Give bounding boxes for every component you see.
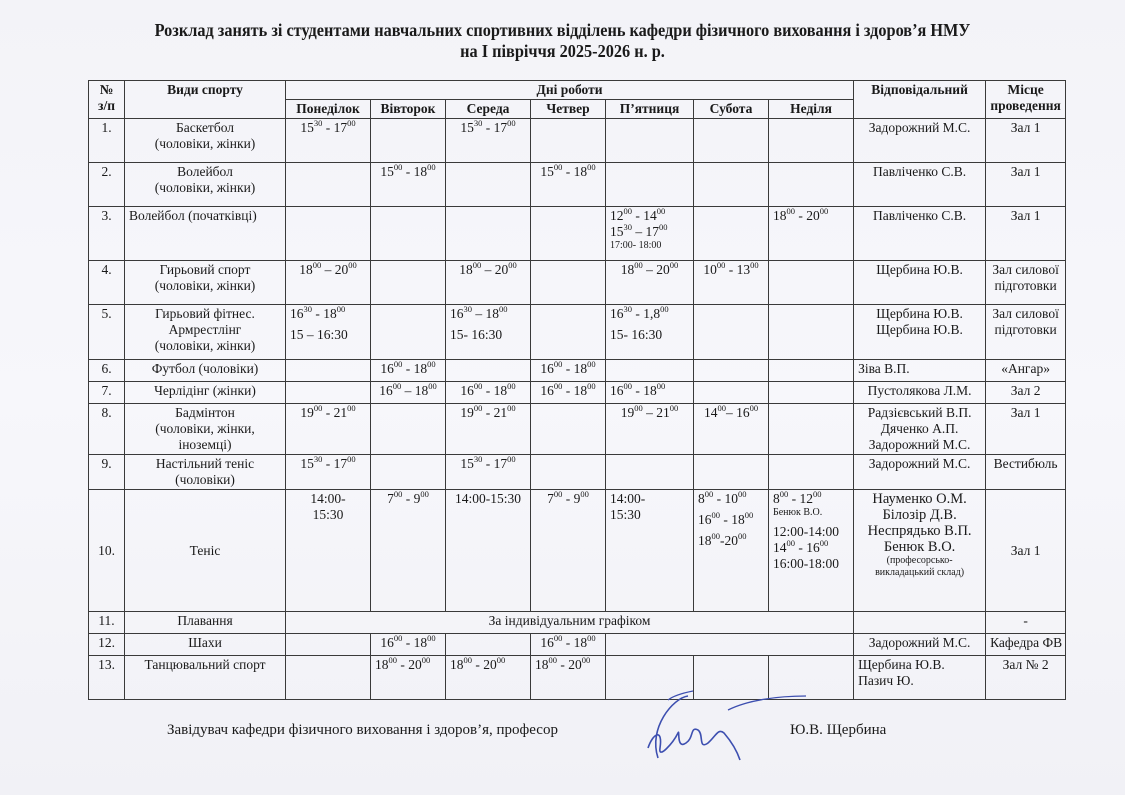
day-cell-fri: 14:00-15:30 — [606, 490, 694, 612]
signature-icon — [628, 688, 808, 768]
day-cell-thu: 1500 - 1800 — [531, 163, 606, 207]
sport-line: Теніс — [129, 543, 281, 559]
day-cell-wed: 1530 - 1700 — [446, 119, 531, 163]
table-row: 1.Баскетбол(чоловіки, жінки)1530 - 17001… — [89, 119, 1066, 163]
sport-name: Теніс — [125, 490, 286, 612]
place-line: Зал силової — [990, 262, 1061, 278]
header-place: Місце проведення — [986, 81, 1066, 119]
day-cell-sat: 1400– 1600 — [694, 404, 769, 455]
table-row: 13.Танцювальний спорт1800 - 20001800 - 2… — [89, 656, 1066, 700]
sport-name: Черлідінг (жінки) — [125, 382, 286, 404]
place-line: Зал 1 — [990, 208, 1061, 224]
responsible-line: Щербина Ю.В. — [858, 322, 981, 338]
row-number: 4. — [89, 261, 125, 305]
day-cell-wed — [446, 360, 531, 382]
table-row: 5.Гирьовий фітнес.Армрестлінг(чоловіки, … — [89, 305, 1066, 360]
day-cell-fri: 1200 - 14001530 – 170017:00- 18:00 — [606, 207, 694, 261]
day-cell-fri-sun — [606, 634, 854, 656]
day-cell-thu — [531, 455, 606, 490]
place-line: Зал 2 — [990, 383, 1061, 399]
header-days-group: Дні роботи — [286, 81, 854, 100]
responsible-person: Задорожний М.С. — [854, 119, 986, 163]
sport-name: Гирьовий спорт(чоловіки, жінки) — [125, 261, 286, 305]
responsible-line: Павліченко С.В. — [858, 164, 981, 180]
time-slot: 1600 - 1800 — [610, 383, 689, 399]
place-line: Зал № 2 — [990, 657, 1061, 673]
place-line: - — [990, 613, 1061, 629]
sport-line: Шахи — [129, 635, 281, 651]
day-cell-mon: 1900 - 2100 — [286, 404, 371, 455]
sport-line: Настільний теніс — [129, 456, 281, 472]
sport-line: Волейбол — [129, 164, 281, 180]
sport-line: Плавання — [129, 613, 281, 629]
header-number-line1: № — [93, 82, 120, 98]
header-day: Вівторок — [371, 100, 446, 119]
document-title: Розклад занять зі студентами навчальних … — [39, 20, 1085, 62]
day-cell-sun — [769, 382, 854, 404]
place: Зал силовоїпідготовки — [986, 305, 1066, 360]
time-slot: 1530 – 1700 — [610, 224, 689, 240]
sport-name: Гирьовий фітнес.Армрестлінг(чоловіки, жі… — [125, 305, 286, 360]
day-cell-fri: 1630 - 1,80015- 16:30 — [606, 305, 694, 360]
header-day: П’ятниця — [606, 100, 694, 119]
day-cell-sat — [694, 163, 769, 207]
time-slot: 1500 - 1800 — [375, 164, 441, 180]
day-cell-tue — [371, 207, 446, 261]
day-cell-wed: 1630 – 180015- 16:30 — [446, 305, 531, 360]
responsible-line: Пазич Ю. — [858, 673, 981, 689]
day-cell-tue: 1800 - 2000 — [371, 656, 446, 700]
day-cell-tue — [371, 305, 446, 360]
day-cell-sun — [769, 455, 854, 490]
day-cell-tue: 1600 - 1800 — [371, 360, 446, 382]
time-slot: 800 - 1200 — [773, 491, 849, 507]
responsible-person: Павліченко С.В. — [854, 163, 986, 207]
place: Зал 1 — [986, 404, 1066, 455]
day-cell-sun: 1800 - 2000 — [769, 207, 854, 261]
sport-line: Футбол (чоловіки) — [129, 361, 281, 377]
sport-line: Черлідінг (жінки) — [129, 383, 281, 399]
responsible-person: Задорожний М.С. — [854, 634, 986, 656]
responsible-person: Павліченко С.В. — [854, 207, 986, 261]
day-cell-fri — [606, 455, 694, 490]
row-number: 7. — [89, 382, 125, 404]
day-cell-thu — [531, 404, 606, 455]
place: «Ангар» — [986, 360, 1066, 382]
place: Кафедра ФВ — [986, 634, 1066, 656]
place-line: підготовки — [990, 322, 1061, 338]
day-cell-mon: 1630 - 180015 – 16:30 — [286, 305, 371, 360]
table-row: 6.Футбол (чоловіки)1600 - 18001600 - 180… — [89, 360, 1066, 382]
day-cell-sat — [694, 455, 769, 490]
sport-line: (чоловіки, жінки, — [129, 421, 281, 437]
time-slot: 1800 - 2000 — [773, 208, 849, 224]
day-cell-sun — [769, 360, 854, 382]
sport-line: Гирьовий спорт — [129, 262, 281, 278]
day-cell-mon — [286, 207, 371, 261]
sport-line: (чоловіки) — [129, 472, 281, 488]
place: Зал № 2 — [986, 656, 1066, 700]
header-place-line1: Місце — [990, 82, 1061, 98]
place-line: «Ангар» — [990, 361, 1061, 377]
responsible-line: викладацький склад) — [858, 567, 981, 579]
day-cell-thu: 1600 - 1800 — [531, 360, 606, 382]
time-slot: 15:30 — [290, 507, 366, 523]
day-cell-thu — [531, 207, 606, 261]
time-slot: 15- 16:30 — [450, 327, 526, 343]
time-slot: 700 - 900 — [535, 491, 601, 507]
time-slot: 1630 – 1800 — [450, 306, 526, 322]
place-line: Зал 1 — [990, 543, 1061, 559]
time-slot: 1000 - 1300 — [698, 262, 764, 278]
day-cell-fri: 1900 – 2100 — [606, 404, 694, 455]
sport-line: Гирьовий фітнес. — [129, 306, 281, 322]
header-place-line2: проведення — [990, 98, 1061, 114]
day-cell-sat — [694, 382, 769, 404]
time-slot: 1630 - 1,800 — [610, 306, 689, 322]
place: Зал 1 — [986, 207, 1066, 261]
header-day: Четвер — [531, 100, 606, 119]
responsible-line: Задорожний М.С. — [858, 635, 981, 651]
responsible-person: Науменко О.М.Білозір Д.В.Неспрядько В.П.… — [854, 490, 986, 612]
place-line: Зал 1 — [990, 405, 1061, 421]
time-slot: 1600 - 1800 — [698, 512, 764, 528]
responsible-person: Задорожний М.С. — [854, 455, 986, 490]
responsible-person: Щербина Ю.В.Щербина Ю.В. — [854, 305, 986, 360]
row-number: 9. — [89, 455, 125, 490]
day-cell-thu — [531, 261, 606, 305]
row-number: 11. — [89, 612, 125, 634]
schedule-table: № з/п Види спорту Дні роботи Відповідаль… — [88, 80, 1066, 700]
place: Вестибюль — [986, 455, 1066, 490]
row-number: 2. — [89, 163, 125, 207]
time-slot: 1600 - 1800 — [535, 361, 601, 377]
sport-name: Танцювальний спорт — [125, 656, 286, 700]
header-number: № з/п — [89, 81, 125, 119]
day-cell-tue — [371, 404, 446, 455]
day-cell-mon: 14:00-15:30 — [286, 490, 371, 612]
day-cell-wed: 1800 - 2000 — [446, 656, 531, 700]
day-cell-sun — [769, 261, 854, 305]
row-number: 10. — [89, 490, 125, 612]
table-row: 8.Бадмінтон(чоловіки, жінки,іноземці)190… — [89, 404, 1066, 455]
time-slot: 1600 - 1800 — [450, 383, 526, 399]
day-cell-sat — [694, 207, 769, 261]
time-slot: 1800-2000 — [698, 533, 764, 549]
table-row: 12.Шахи1600 - 18001600 - 1800Задорожний … — [89, 634, 1066, 656]
footer-position: Завідувач кафедри фізичного виховання і … — [167, 722, 558, 739]
time-slot: 1800 - 2000 — [375, 657, 441, 673]
sport-line: (чоловіки, жінки) — [129, 278, 281, 294]
day-cell-tue: 700 - 900 — [371, 490, 446, 612]
sport-line: іноземці) — [129, 437, 281, 453]
place: - — [986, 612, 1066, 634]
time-slot: 1800 – 2000 — [290, 262, 366, 278]
day-cell-wed: 14:00-15:30 — [446, 490, 531, 612]
sport-line: (чоловіки, жінки) — [129, 180, 281, 196]
time-slot: 700 - 900 — [375, 491, 441, 507]
time-slot: 1800 - 2000 — [450, 657, 526, 673]
place-line: Кафедра ФВ — [990, 635, 1061, 651]
day-cell-sun: 800 - 1200Бенюк В.О.12:00-14:001400 - 16… — [769, 490, 854, 612]
sport-name: Футбол (чоловіки) — [125, 360, 286, 382]
row-number: 5. — [89, 305, 125, 360]
time-slot: 1800 – 2000 — [610, 262, 689, 278]
day-cell-wed: 1530 - 1700 — [446, 455, 531, 490]
day-cell-sat — [694, 119, 769, 163]
day-cell-wed: 1600 - 1800 — [446, 382, 531, 404]
responsible-line: Задорожний М.С. — [858, 120, 981, 136]
row-number: 6. — [89, 360, 125, 382]
time-slot: 16:00-18:00 — [773, 556, 849, 572]
time-slot: 1530 - 1700 — [450, 456, 526, 472]
time-slot: 12:00-14:00 — [773, 524, 849, 540]
day-cell-sun — [769, 119, 854, 163]
day-cell-sun — [769, 163, 854, 207]
responsible-line: Білозір Д.В. — [858, 507, 981, 523]
place: Зал 1 — [986, 119, 1066, 163]
row-number: 1. — [89, 119, 125, 163]
row-number: 8. — [89, 404, 125, 455]
day-cell-tue — [371, 261, 446, 305]
responsible-line: Задорожний М.С. — [858, 437, 981, 453]
day-cell-sat: 800 - 10001600 - 18001800-2000 — [694, 490, 769, 612]
day-cell-tue — [371, 455, 446, 490]
table-row: 9.Настільний теніс(чоловіки)1530 - 17001… — [89, 455, 1066, 490]
day-cell-wed — [446, 207, 531, 261]
time-slot: 1200 - 1400 — [610, 208, 689, 224]
time-slot: Бенюк В.О. — [773, 507, 849, 519]
day-cell-mon: 1530 - 1700 — [286, 119, 371, 163]
time-slot: 1900 - 2100 — [290, 405, 366, 421]
day-cell-thu: 700 - 900 — [531, 490, 606, 612]
table-row: 11.ПлаванняЗа індивідуальним графіком- — [89, 612, 1066, 634]
place-line: підготовки — [990, 278, 1061, 294]
merged-days-cell: За індивідуальним графіком — [286, 612, 854, 634]
day-cell-mon — [286, 656, 371, 700]
sport-name: Плавання — [125, 612, 286, 634]
time-slot: 800 - 1000 — [698, 491, 764, 507]
row-number: 13. — [89, 656, 125, 700]
header-day: Неділя — [769, 100, 854, 119]
row-number: 12. — [89, 634, 125, 656]
responsible-line: Зіва В.П. — [858, 361, 981, 377]
time-slot: 14:00- — [610, 491, 689, 507]
day-cell-thu — [531, 119, 606, 163]
day-cell-wed: 1900 - 2100 — [446, 404, 531, 455]
place: Зал 1 — [986, 163, 1066, 207]
day-cell-mon — [286, 382, 371, 404]
sport-line: Баскетбол — [129, 120, 281, 136]
responsible-person: Зіва В.П. — [854, 360, 986, 382]
day-cell-wed — [446, 634, 531, 656]
responsible-line: Щербина Ю.В. — [858, 657, 981, 673]
responsible-line: Пустолякова Л.М. — [858, 383, 981, 399]
day-cell-fri: 1600 - 1800 — [606, 382, 694, 404]
responsible-line: Павліченко С.В. — [858, 208, 981, 224]
place-line: Зал 1 — [990, 164, 1061, 180]
time-slot: 14:00-15:30 — [450, 491, 526, 507]
time-slot: 1500 - 1800 — [535, 164, 601, 180]
responsible-person: Щербина Ю.В. — [854, 261, 986, 305]
table-row: 7.Черлідінг (жінки)1600 – 18001600 - 180… — [89, 382, 1066, 404]
footer-name: Ю.В. Щербина — [790, 722, 886, 739]
day-cell-tue: 1600 – 1800 — [371, 382, 446, 404]
responsible-line: Дяченко А.П. — [858, 421, 981, 437]
time-slot: 1600 - 1800 — [375, 361, 441, 377]
sport-line: (чоловіки, жінки) — [129, 338, 281, 354]
day-cell-thu: 1800 - 2000 — [531, 656, 606, 700]
sport-line: Армрестлінг — [129, 322, 281, 338]
responsible-line: Радзієвський В.П. — [858, 405, 981, 421]
day-cell-mon — [286, 163, 371, 207]
sport-name: Шахи — [125, 634, 286, 656]
time-slot: 1530 - 1700 — [290, 120, 366, 136]
day-cell-mon: 1530 - 1700 — [286, 455, 371, 490]
place-line: Вестибюль — [990, 456, 1061, 472]
responsible-person: Пустолякова Л.М. — [854, 382, 986, 404]
table-row: 3.Волейбол (початківці)1200 - 14001530 –… — [89, 207, 1066, 261]
sport-name: Волейбол (початківці) — [125, 207, 286, 261]
time-slot: 14:00- — [290, 491, 366, 507]
day-cell-sat — [694, 305, 769, 360]
day-cell-thu: 1600 - 1800 — [531, 382, 606, 404]
header-sport: Види спорту — [125, 81, 286, 119]
day-cell-sat — [694, 360, 769, 382]
day-cell-fri — [606, 119, 694, 163]
day-cell-tue: 1500 - 1800 — [371, 163, 446, 207]
table-row: 4.Гирьовий спорт(чоловіки, жінки)1800 – … — [89, 261, 1066, 305]
time-slot: 1900 - 2100 — [450, 405, 526, 421]
sport-line: Танцювальний спорт — [129, 657, 281, 673]
day-cell-wed — [446, 163, 531, 207]
title-line-2: на І півріччя 2025-2026 н. р. — [39, 41, 1085, 62]
place-line: Зал силової — [990, 306, 1061, 322]
day-cell-sat: 1000 - 1300 — [694, 261, 769, 305]
place: Зал 2 — [986, 382, 1066, 404]
day-cell-fri: 1800 – 2000 — [606, 261, 694, 305]
time-slot: 15- 16:30 — [610, 327, 689, 343]
time-slot: 15 – 16:30 — [290, 327, 366, 343]
sport-name: Волейбол(чоловіки, жінки) — [125, 163, 286, 207]
sport-name: Настільний теніс(чоловіки) — [125, 455, 286, 490]
responsible-line: Неспрядько В.П. — [858, 523, 981, 539]
row-number: 3. — [89, 207, 125, 261]
day-cell-fri — [606, 360, 694, 382]
time-slot: 1800 – 2000 — [450, 262, 526, 278]
sport-name: Баскетбол(чоловіки, жінки) — [125, 119, 286, 163]
time-slot: 1600 – 1800 — [375, 383, 441, 399]
day-cell-sun — [769, 404, 854, 455]
header-day: Субота — [694, 100, 769, 119]
header-day: Понеділок — [286, 100, 371, 119]
title-line-1: Розклад занять зі студентами навчальних … — [39, 20, 1085, 41]
day-cell-fri — [606, 163, 694, 207]
day-cell-sun — [769, 305, 854, 360]
day-cell-mon — [286, 634, 371, 656]
responsible-line: Науменко О.М. — [858, 491, 981, 507]
responsible-line: Щербина Ю.В. — [858, 262, 981, 278]
time-slot: 1800 - 2000 — [535, 657, 601, 673]
place: Зал 1 — [986, 490, 1066, 612]
time-slot: 1530 - 1700 — [450, 120, 526, 136]
day-cell-tue: 1600 - 1800 — [371, 634, 446, 656]
sport-name: Бадмінтон(чоловіки, жінки,іноземці) — [125, 404, 286, 455]
time-slot: 1530 - 1700 — [290, 456, 366, 472]
time-slot: 15:30 — [610, 507, 689, 523]
day-cell-mon: 1800 – 2000 — [286, 261, 371, 305]
time-slot: 1400 - 1600 — [773, 540, 849, 556]
day-cell-mon — [286, 360, 371, 382]
responsible-person — [854, 612, 986, 634]
responsible-person: Щербина Ю.В.Пазич Ю. — [854, 656, 986, 700]
header-number-line2: з/п — [93, 98, 120, 114]
sport-line: Бадмінтон — [129, 405, 281, 421]
sport-line: (чоловіки, жінки) — [129, 136, 281, 152]
responsible-line: Щербина Ю.В. — [858, 306, 981, 322]
sport-line: Волейбол (початківці) — [129, 208, 281, 224]
time-slot: 17:00- 18:00 — [610, 240, 689, 252]
header-responsible: Відповідальний — [854, 81, 986, 119]
time-slot: 1400– 1600 — [698, 405, 764, 421]
responsible-line: (професорсько- — [858, 555, 981, 567]
day-cell-thu: 1600 - 1800 — [531, 634, 606, 656]
place: Зал силовоїпідготовки — [986, 261, 1066, 305]
table-row: 10.Теніс14:00-15:30700 - 90014:00-15:307… — [89, 490, 1066, 612]
time-slot: 1600 - 1800 — [535, 383, 601, 399]
responsible-line: Бенюк В.О. — [858, 539, 981, 555]
time-slot: 1600 - 1800 — [375, 635, 441, 651]
day-cell-wed: 1800 – 2000 — [446, 261, 531, 305]
time-slot: 1900 – 2100 — [610, 405, 689, 421]
header-day: Середа — [446, 100, 531, 119]
responsible-person: Радзієвський В.П.Дяченко А.П.Задорожний … — [854, 404, 986, 455]
time-slot: 1600 - 1800 — [535, 635, 601, 651]
day-cell-tue — [371, 119, 446, 163]
day-cell-thu — [531, 305, 606, 360]
table-row: 2.Волейбол(чоловіки, жінки)1500 - 180015… — [89, 163, 1066, 207]
time-slot: 1630 - 1800 — [290, 306, 366, 322]
place-line: Зал 1 — [990, 120, 1061, 136]
responsible-line: Задорожний М.С. — [858, 456, 981, 472]
